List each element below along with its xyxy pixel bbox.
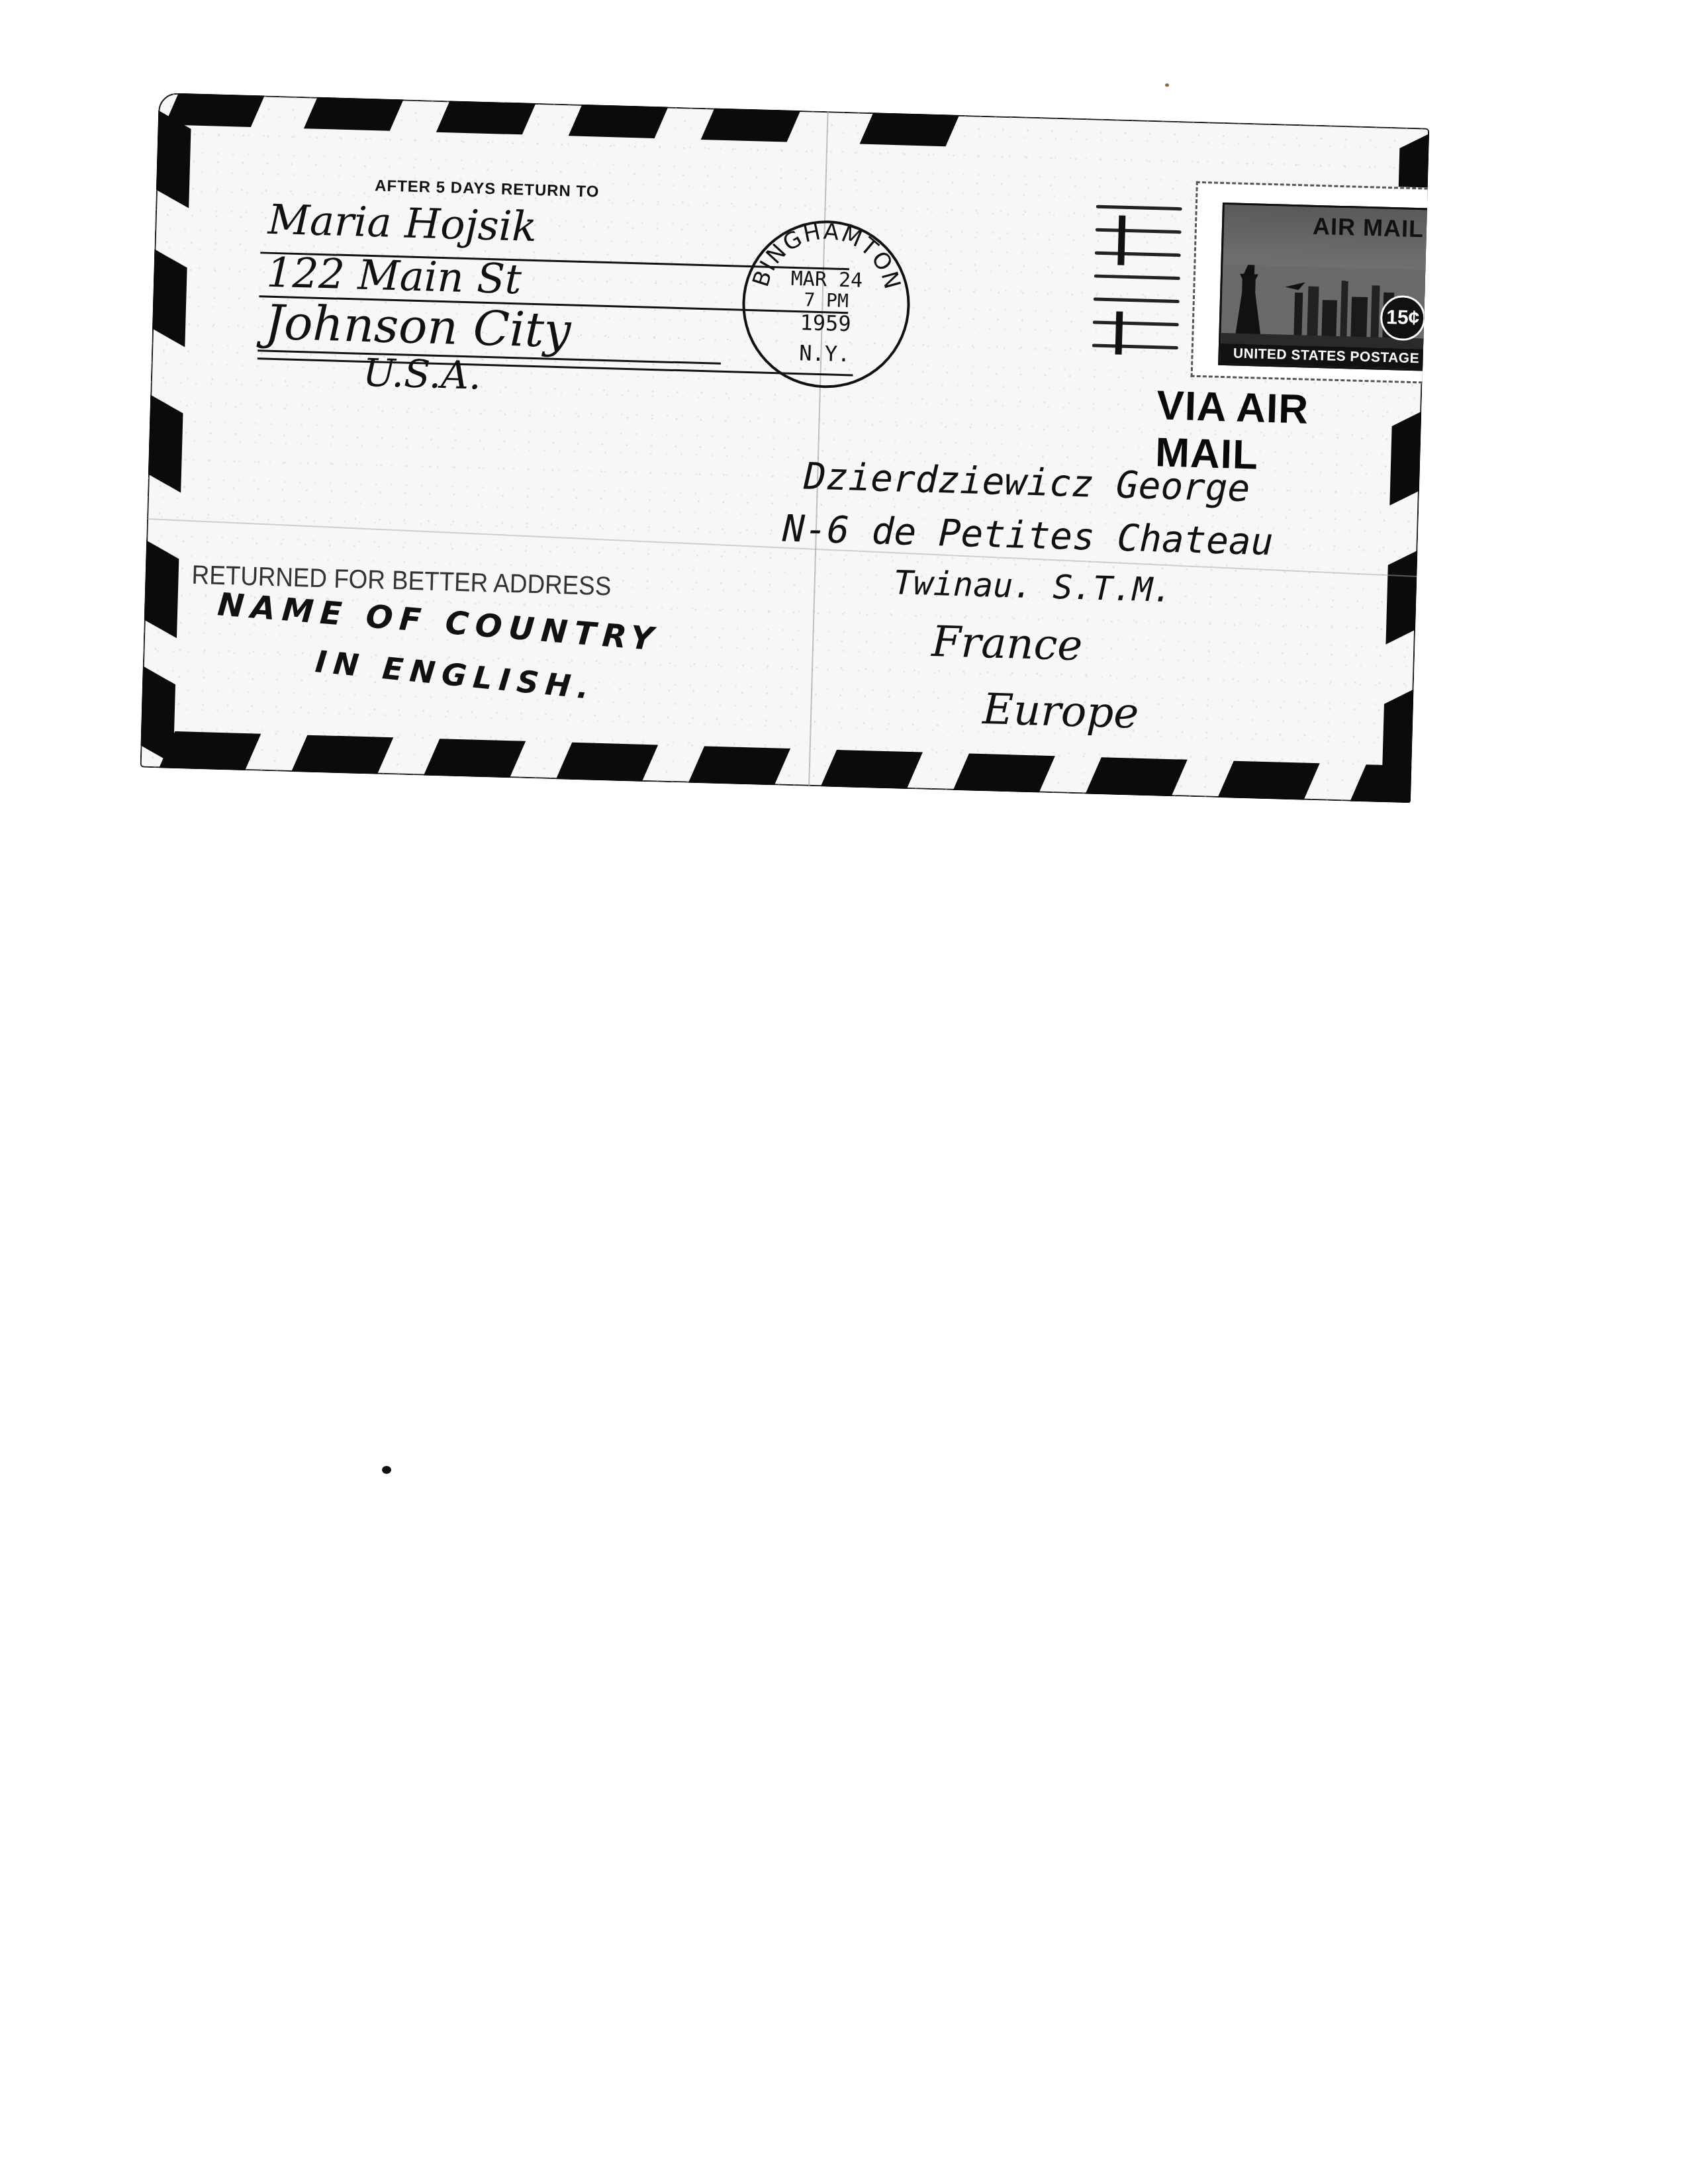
stamp-title: AIR MAIL	[1312, 212, 1424, 244]
airmail-envelope: AFTER 5 DAYS RETURN TO Maria Hojsik 122 …	[140, 93, 1430, 803]
postmark: BINGHAMTON MAR 24 7 PM 1959 N.Y.	[740, 218, 912, 390]
stray-ink-dot	[382, 1466, 391, 1474]
airmail-stamp: AIR MAIL 15¢ UNITED STATES POSTAGE	[1191, 181, 1430, 385]
postmark-year: 1959	[744, 308, 907, 338]
recipient-city: Twinau. S.T.M.	[893, 563, 1173, 610]
scanned-page: AFTER 5 DAYS RETURN TO Maria Hojsik 122 …	[0, 0, 1688, 2184]
return-city: Johnson City	[264, 295, 571, 359]
stamp-frame: AIR MAIL 15¢ UNITED STATES POSTAGE	[1218, 203, 1429, 371]
recipient-continent: Europe	[982, 685, 1139, 739]
return-country: U.S.A.	[362, 350, 481, 398]
recipient-country: France	[931, 617, 1083, 670]
return-name: Maria Hojsik	[267, 195, 538, 251]
postmark-state: N.Y.	[743, 339, 906, 369]
stray-mark	[1165, 83, 1169, 87]
